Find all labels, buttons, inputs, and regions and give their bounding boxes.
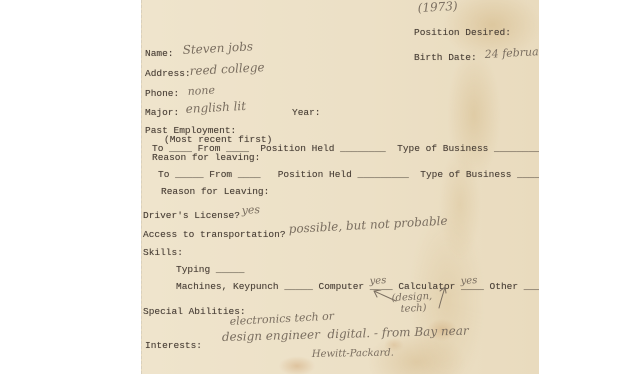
interests-value-line2-handwritten: Hewitt-Packard. [312, 348, 394, 361]
annotation-arrows [142, 0, 539, 374]
screenshot-root: { "colors": { "background": "#ffffff", "… [0, 0, 640, 374]
interests-label: Interests: [145, 340, 202, 351]
job-application-scan: (1973) Position Desired: Birth Date: 24 … [141, 0, 539, 374]
